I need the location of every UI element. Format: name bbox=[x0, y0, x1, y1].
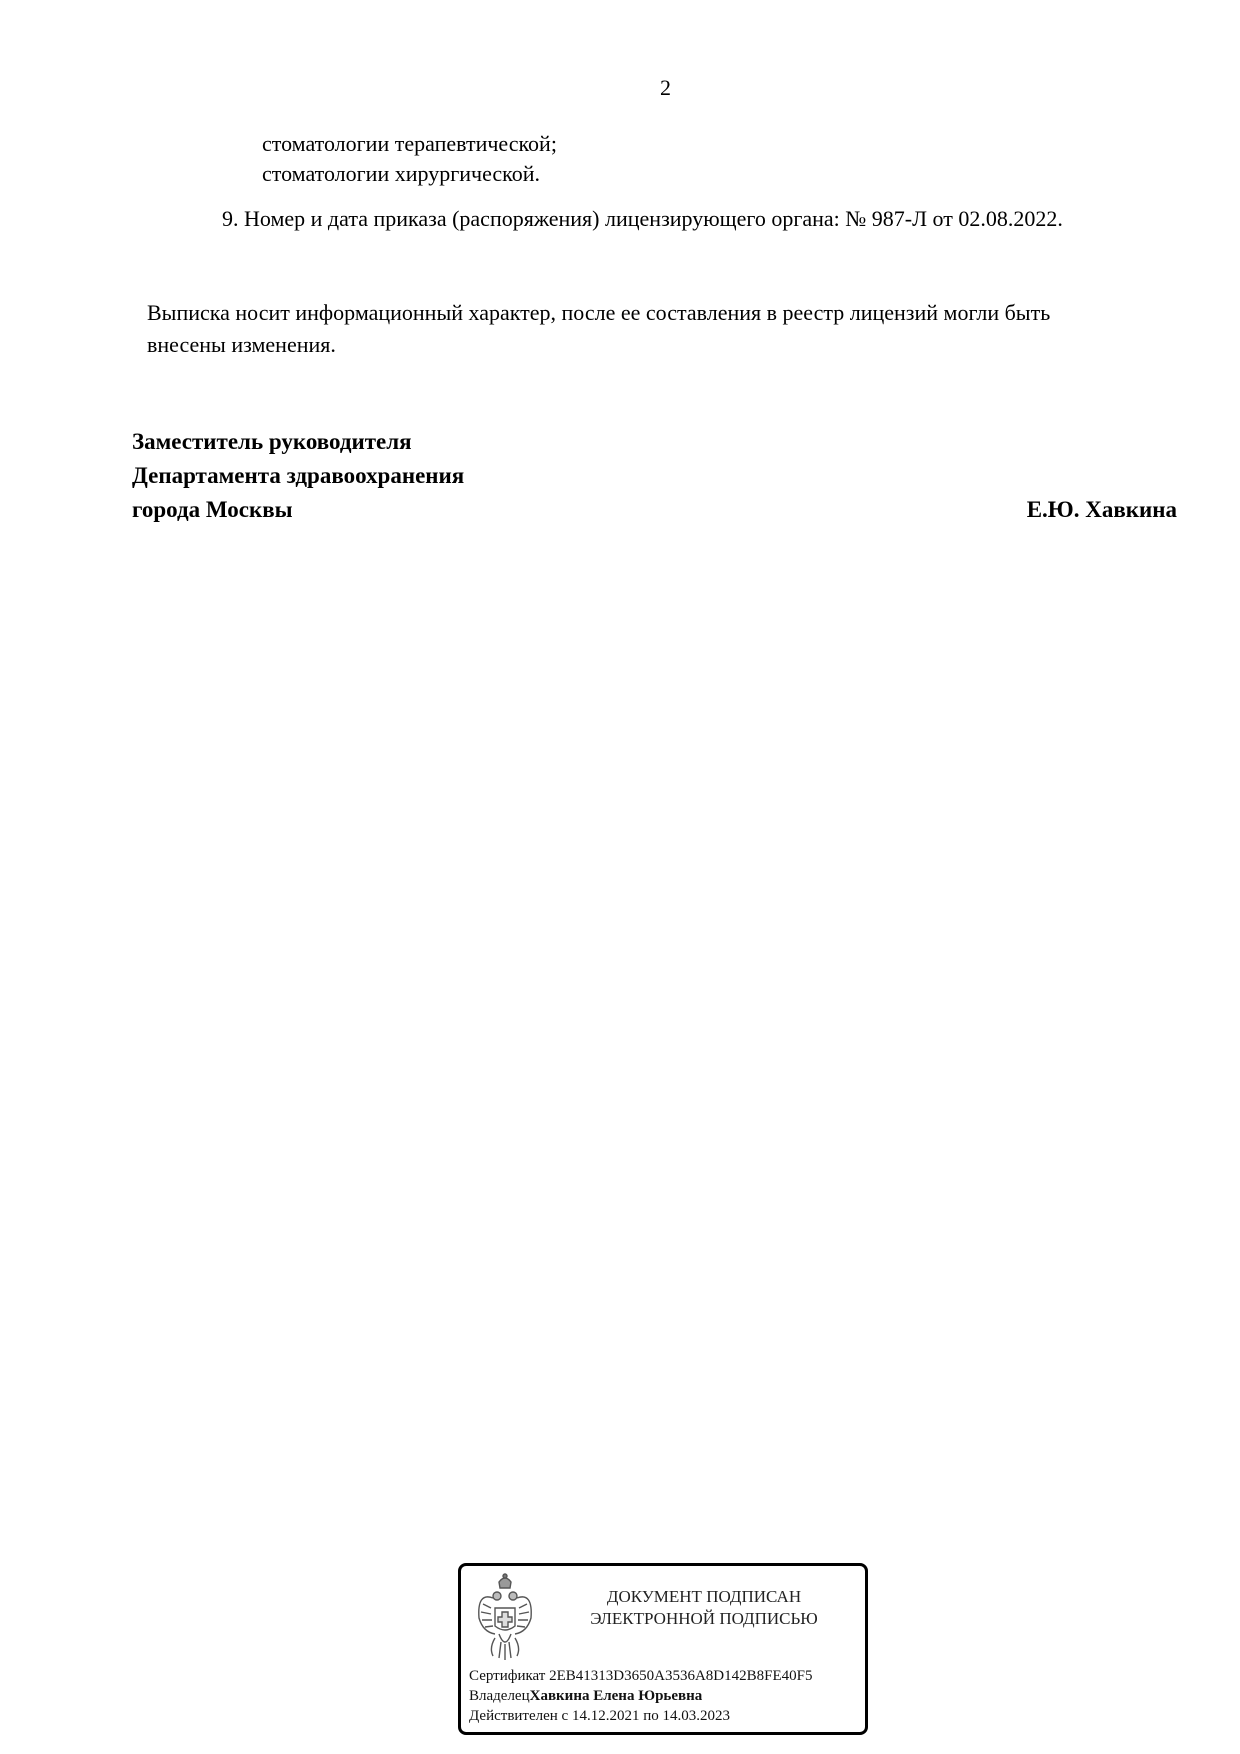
license-work-item: стоматологии хирургической. bbox=[262, 161, 540, 187]
signatory-position: Заместитель руководителя Департамента зд… bbox=[132, 425, 464, 527]
stamp-title: ДОКУМЕНТ ПОДПИСАН ЭЛЕКТРОННОЙ ПОДПИСЬЮ bbox=[549, 1586, 859, 1630]
coat-of-arms-icon bbox=[473, 1572, 537, 1664]
stamp-title-line: ДОКУМЕНТ ПОДПИСАН bbox=[549, 1586, 859, 1608]
certificate-label: Сертификат bbox=[469, 1668, 545, 1684]
signatory-position-line: Департамента здравоохранения bbox=[132, 459, 464, 493]
order-number-item: 9. Номер и дата приказа (распоряжения) л… bbox=[222, 206, 1063, 232]
owner-line: ВладелецХавкина Елена Юрьевна bbox=[469, 1686, 812, 1706]
signatory-name: Е.Ю. Хавкина bbox=[1027, 493, 1177, 527]
electronic-signature-stamp: ДОКУМЕНТ ПОДПИСАН ЭЛЕКТРОННОЙ ПОДПИСЬЮ С… bbox=[458, 1563, 868, 1735]
stamp-details: Сертификат 2EB41313D3650A3536A8D142B8FE4… bbox=[469, 1666, 812, 1726]
page-number: 2 bbox=[660, 75, 671, 101]
disclaimer-line: Выписка носит информационный характер, п… bbox=[147, 300, 1050, 326]
validity-line: Действителен с 14.12.2021 по 14.03.2023 bbox=[469, 1706, 812, 1726]
certificate-line: Сертификат 2EB41313D3650A3536A8D142B8FE4… bbox=[469, 1666, 812, 1686]
stamp-title-line: ЭЛЕКТРОННОЙ ПОДПИСЬЮ bbox=[549, 1608, 859, 1630]
signatory-position-line: Заместитель руководителя bbox=[132, 425, 464, 459]
signatory-position-line: города Москвы bbox=[132, 493, 464, 527]
disclaimer-line: внесены изменения. bbox=[147, 332, 336, 358]
owner-value: Хавкина Елена Юрьевна bbox=[530, 1688, 703, 1704]
owner-label: Владелец bbox=[469, 1688, 530, 1704]
license-work-item: стоматологии терапевтической; bbox=[262, 131, 557, 157]
certificate-value: 2EB41313D3650A3536A8D142B8FE40F5 bbox=[549, 1668, 812, 1684]
